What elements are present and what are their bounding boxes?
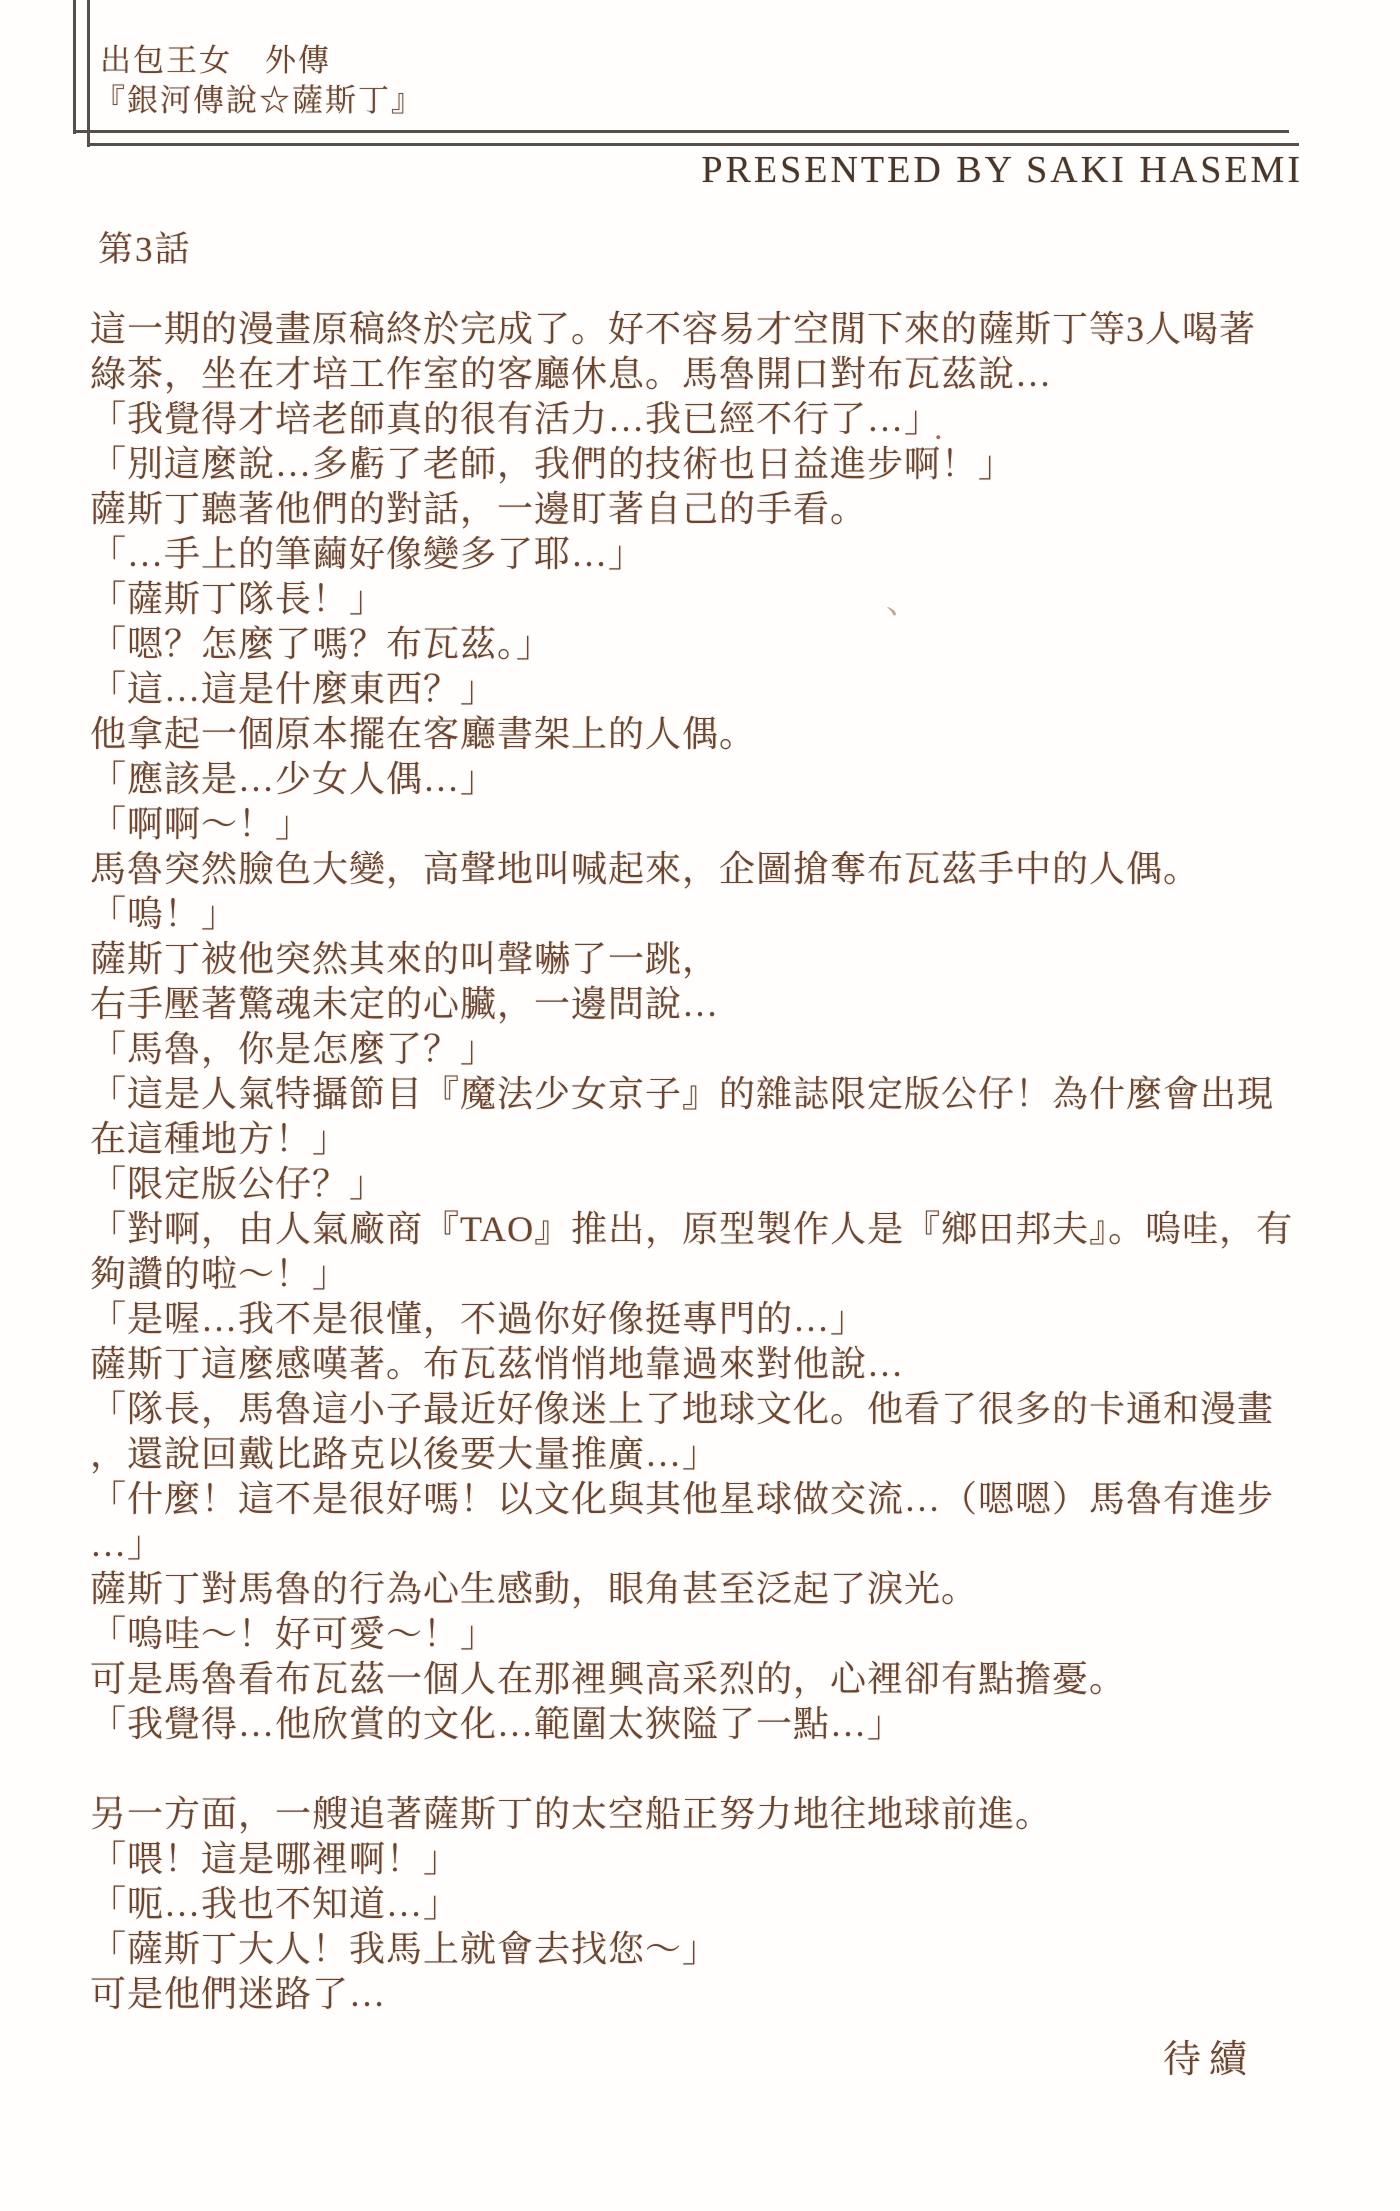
body-line: …」 xyxy=(90,1522,1400,1567)
body-line: 「隊長，馬魯這小子最近好像迷上了地球文化。他看了很多的卡通和漫畫 xyxy=(90,1387,1400,1432)
frame-outer-vertical-rule xyxy=(73,0,76,134)
body-line: ，還說回戴比路克以後要大量推廣…」 xyxy=(90,1432,1400,1477)
body-line: 在這種地方！」 xyxy=(90,1117,1400,1162)
body-line: 「我覺得…他欣賞的文化…範圍太狹隘了一點…」 xyxy=(90,1702,1400,1747)
scanned-story-page: 出包王女 外傳 『銀河傳說☆薩斯丁』 PRESENTED BY SAKI HAS… xyxy=(0,0,1400,2211)
stray-comma-mark: 、 xyxy=(886,574,920,623)
body-line: 右手壓著驚魂未定的心臟，一邊問說… xyxy=(90,982,1400,1027)
to-be-continued-label: 待續 xyxy=(0,2028,1400,2083)
body-line: 夠讚的啦～！」 xyxy=(90,1252,1400,1297)
body-line: 他拿起一個原本擺在客廳書架上的人偶。 xyxy=(90,712,1400,757)
series-title: 出包王女 外傳 xyxy=(100,42,331,80)
story-title: 『銀河傳說☆薩斯丁』 xyxy=(94,82,424,120)
body-line: 另一方面，一艘追著薩斯丁的太空船正努力地往地球前進。 xyxy=(90,1792,1400,1837)
body-line: 「什麼！這不是很好嗎！以文化與其他星球做交流…（嗯嗯）馬魯有進步 xyxy=(90,1477,1400,1522)
story-body: 這一期的漫畫原稿終於完成了。好不容易才空閒下來的薩斯丁等3人喝著綠茶，坐在才培工… xyxy=(0,307,1400,2017)
body-line: 「我覺得才培老師真的很有活力…我已經不行了…」 xyxy=(90,397,1400,442)
credit-line: PRESENTED BY SAKI HASEMI xyxy=(701,148,1303,192)
chapter-heading: 第3話 xyxy=(98,222,192,272)
body-line: 「馬魯，你是怎麼了？」 xyxy=(90,1027,1400,1072)
body-line: 綠茶，坐在才培工作室的客廳休息。馬魯開口對布瓦茲說… xyxy=(90,352,1400,397)
body-line: 馬魯突然臉色大變，高聲地叫喊起來，企圖搶奪布瓦茲手中的人偶。 xyxy=(90,847,1400,892)
body-line: 「嗚！」 xyxy=(90,892,1400,937)
body-line: 「呃…我也不知道…」 xyxy=(90,1882,1400,1927)
body-line: 薩斯丁這麼感嘆著。布瓦茲悄悄地靠過來對他說… xyxy=(90,1342,1400,1387)
body-line: 「嗯？怎麼了嗎？布瓦茲。」 xyxy=(90,622,1400,667)
stray-period-mark: . xyxy=(934,410,943,448)
body-line: 薩斯丁被他突然其來的叫聲嚇了一跳， xyxy=(90,937,1400,982)
body-line: 可是他們迷路了… xyxy=(90,1972,1400,2017)
blank-line xyxy=(90,1747,1400,1792)
body-line: 「限定版公仔？」 xyxy=(90,1162,1400,1207)
body-line: 「薩斯丁大人！我馬上就會去找您～」 xyxy=(90,1927,1400,1972)
body-line: 這一期的漫畫原稿終於完成了。好不容易才空閒下來的薩斯丁等3人喝著 xyxy=(90,307,1400,352)
body-line: 「應該是…少女人偶…」 xyxy=(90,757,1400,802)
body-line: 「薩斯丁隊長！」 xyxy=(90,577,1400,622)
body-line: 薩斯丁對馬魯的行為心生感動，眼角甚至泛起了淚光。 xyxy=(90,1567,1400,1612)
frame-outer-horizontal-rule xyxy=(73,130,1289,133)
body-line: 「這是人氣特攝節目『魔法少女京子』的雜誌限定版公仔！為什麼會出現 xyxy=(90,1072,1400,1117)
body-line: 「是喔…我不是很懂，不過你好像挺專門的…」 xyxy=(90,1297,1400,1342)
body-line: 可是馬魯看布瓦茲一個人在那裡興高采烈的，心裡卻有點擔憂。 xyxy=(90,1657,1400,1702)
frame-inner-horizontal-rule xyxy=(87,143,1299,146)
body-line: 「啊啊～！」 xyxy=(90,802,1400,847)
body-line: 「…手上的筆繭好像變多了耶…」 xyxy=(90,532,1400,577)
body-line: 「嗚哇～！好可愛～！」 xyxy=(90,1612,1400,1657)
body-line: 薩斯丁聽著他們的對話，一邊盯著自己的手看。 xyxy=(90,487,1400,532)
body-line: 「對啊，由人氣廠商『TAO』推出，原型製作人是『鄉田邦夫』。嗚哇，有 xyxy=(90,1207,1400,1252)
body-line: 「別這麼說…多虧了老師，我們的技術也日益進步啊！」 xyxy=(90,442,1400,487)
frame-inner-vertical-rule xyxy=(87,0,90,147)
body-line: 「這…這是什麼東西？」 xyxy=(90,667,1400,712)
body-line: 「喂！這是哪裡啊！」 xyxy=(90,1837,1400,1882)
